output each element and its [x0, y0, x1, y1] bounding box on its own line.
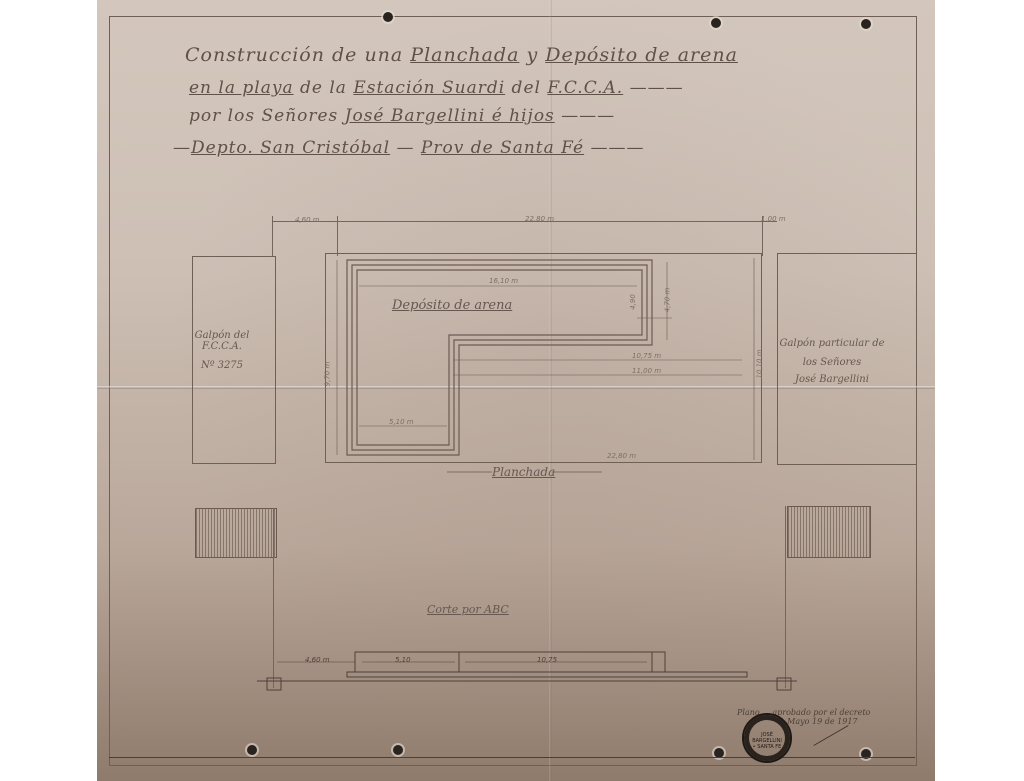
section-dim-right: 10,75 — [537, 656, 557, 664]
section-dim-middle: 5,10 — [395, 656, 411, 664]
section-dim-left: 4,60 m — [305, 656, 330, 664]
section-drawing — [97, 0, 935, 781]
bottom-border-line — [109, 757, 915, 758]
drawing-sheet: Construcción de una Planchada y Depósito… — [97, 0, 935, 781]
official-stamp: JOSÉ BARGELLINI • SANTA FE — [742, 713, 792, 763]
